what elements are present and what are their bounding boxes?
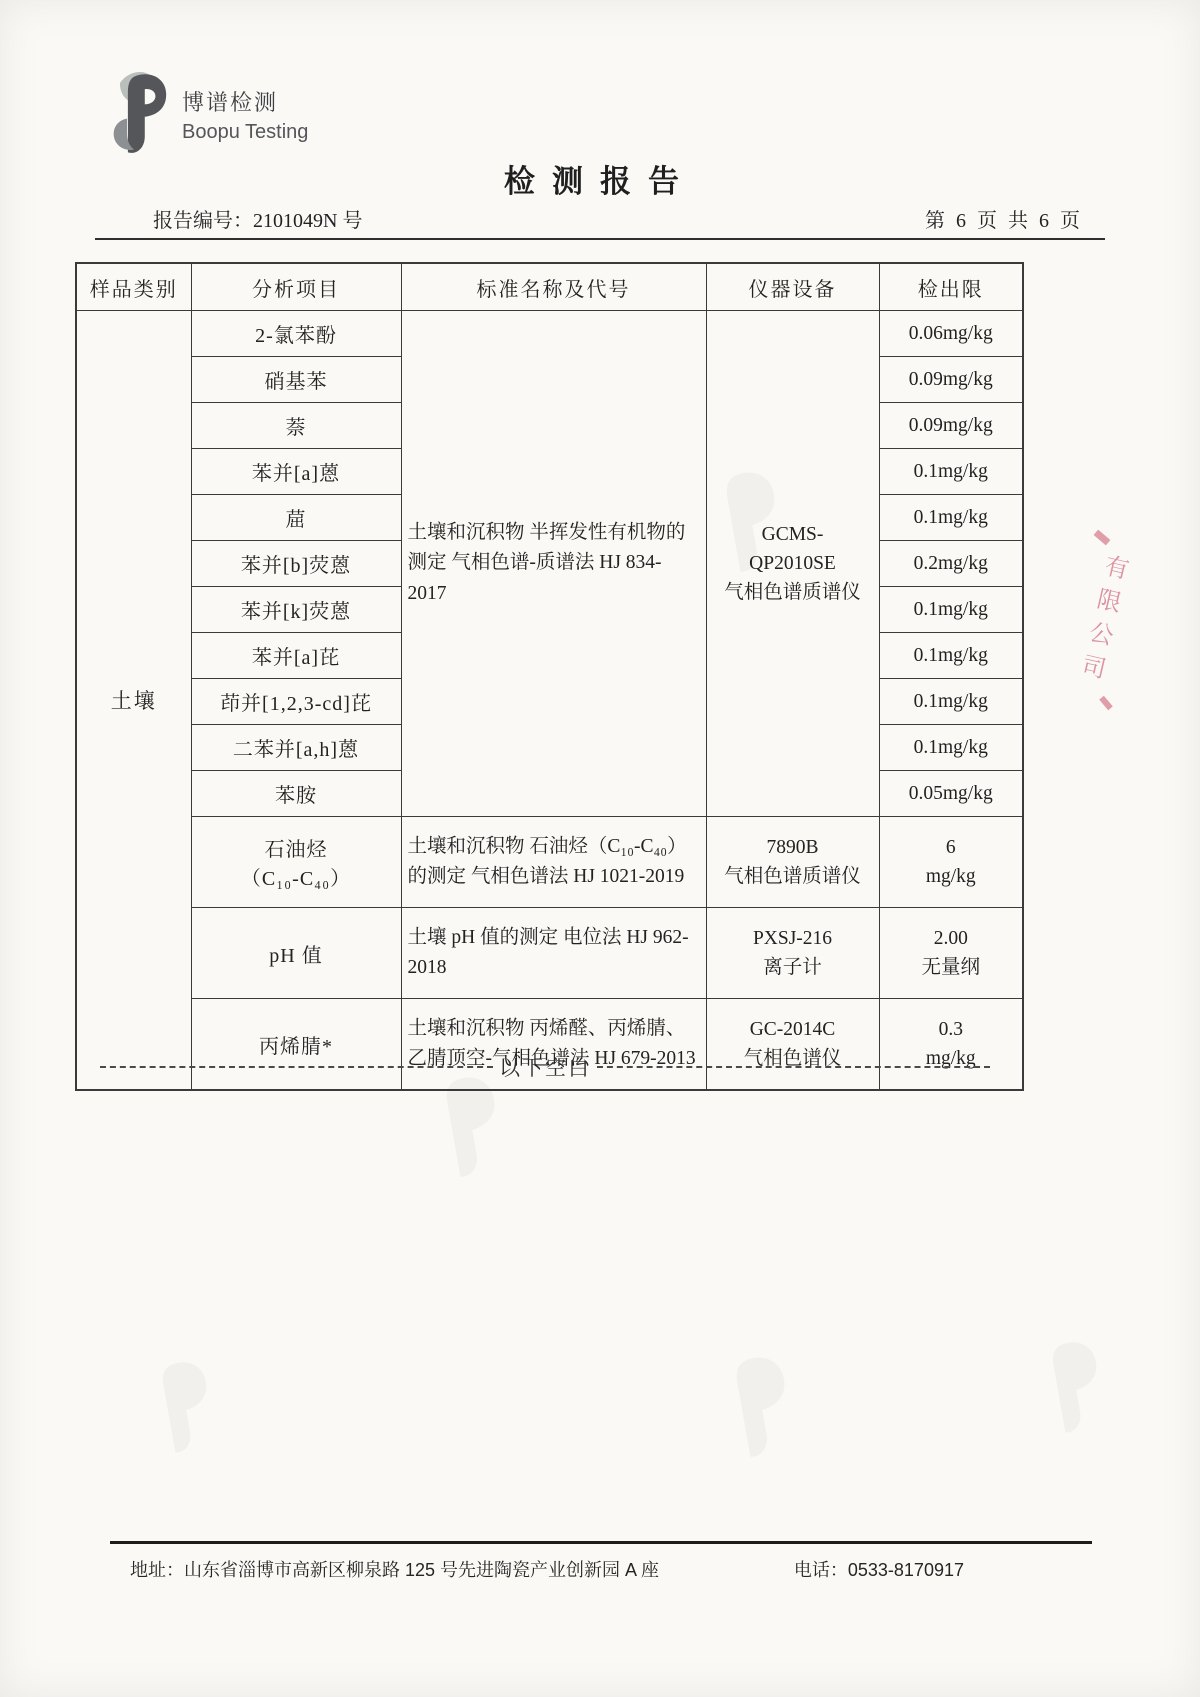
watermark-logo [691,1347,809,1473]
seal-mark [1094,530,1111,546]
footer-row: 地址：山东省淄博市高新区柳泉路 125 号先进陶瓷产业创新园 A 座 电话：05… [110,1556,1092,1582]
brand-name-cn: 博谱检测 [182,86,308,117]
cell-detection-limit: 0.1mg/kg [879,633,1023,679]
brand-name-en: Boopu Testing [182,121,308,144]
cell-detection-limit: 2.00无量纲 [879,908,1023,999]
cell-analysis-item: 苯并[a]芘 [191,633,401,679]
cell-analysis-item: 䓛 [191,495,401,541]
cell-analysis-item: 二苯并[a,h]蒽 [191,725,401,771]
cell-detection-limit: 0.09mg/kg [879,403,1023,449]
dash-left [100,1066,493,1068]
cell-analysis-item: 苯胺 [191,771,401,817]
table-row: 土壤2-氯苯酚土壤和沉积物 半挥发性有机物的测定 气相色谱-质谱法 HJ 834… [76,311,1023,357]
cell-analysis-item: 苯并[k]荧蒽 [191,587,401,633]
col-header-standard: 标准名称及代号 [401,263,706,311]
page-title: 检测报告 [504,164,696,199]
footer-rule [110,1541,1092,1544]
title-row: 检测报告 [95,156,1105,201]
report-number: 报告编号：2101049N 号 [95,204,362,233]
watermark-logo [122,1353,228,1467]
col-header-sample-category: 样品类别 [76,263,191,311]
footer-phone: 电话：0533-8170917 [794,1556,1092,1582]
brand-block: 博谱检测 Boopu Testing [182,86,308,144]
col-header-detection-limit: 检出限 [879,263,1023,311]
cell-instrument: GCMS-QP2010SE气相色谱质谱仪 [706,311,879,817]
table-row: 石油烃（C₁₀-C₄₀）土壤和沉积物 石油烃（C₁₀-C₄₀）的测定 气相色谱法… [76,817,1023,908]
report-page: 博谱检测 Boopu Testing 检测报告 报告编号：2101049N 号 … [0,0,1200,1697]
page-indicator: 第 6 页 共 6 页 [925,204,1105,233]
col-header-analysis-item: 分析项目 [191,263,401,311]
meta-row: 报告编号：2101049N 号 第 6 页 共 6 页 [95,204,1105,233]
cell-detection-limit: 0.1mg/kg [879,679,1023,725]
cell-analysis-item: 苯并[a]蒽 [191,449,401,495]
cell-detection-limit: 0.05mg/kg [879,771,1023,817]
cell-standard: 土壤和沉积物 石油烃（C₁₀-C₄₀）的测定 气相色谱法 HJ 1021-201… [401,817,706,908]
table-row: pH 值土壤 pH 值的测定 电位法 HJ 962-2018PXSJ-216离子… [76,908,1023,999]
cell-analysis-item: 萘 [191,403,401,449]
boopu-logo-icon [95,70,175,160]
dash-right [597,1066,990,1068]
cell-standard: 土壤和沉积物 半挥发性有机物的测定 气相色谱-质谱法 HJ 834-2017 [401,311,706,817]
blank-note-line: 以下空白 [100,1052,990,1082]
cell-instrument: PXSJ-216离子计 [706,908,879,999]
cell-analysis-item: pH 值 [191,908,401,999]
cell-detection-limit: 0.09mg/kg [879,357,1023,403]
header-rule [95,238,1105,240]
cell-sample-category: 土壤 [76,311,191,1091]
report-table-body: 土壤2-氯苯酚土壤和沉积物 半挥发性有机物的测定 气相色谱-质谱法 HJ 834… [76,311,1023,1091]
cell-detection-limit: 0.1mg/kg [879,587,1023,633]
cell-detection-limit: 0.2mg/kg [879,541,1023,587]
cell-detection-limit: 0.06mg/kg [879,311,1023,357]
cell-detection-limit: 0.1mg/kg [879,495,1023,541]
col-header-instrument: 仪器设备 [706,263,879,311]
watermark-logo [1012,1333,1118,1447]
cell-instrument: 7890B气相色谱质谱仪 [706,817,879,908]
seal-mark [1099,696,1113,711]
cell-detection-limit: 0.1mg/kg [879,449,1023,495]
seal-fragment: 有限公司 [1057,550,1134,743]
table-header-row: 样品类别 分析项目 标准名称及代号 仪器设备 检出限 [76,263,1023,311]
cell-detection-limit: 6mg/kg [879,817,1023,908]
report-table: 样品类别 分析项目 标准名称及代号 仪器设备 检出限 土壤2-氯苯酚土壤和沉积物… [75,262,1024,1091]
cell-detection-limit: 0.1mg/kg [879,725,1023,771]
cell-analysis-item: 苯并[b]荧蒽 [191,541,401,587]
cell-analysis-item: 硝基苯 [191,357,401,403]
footer-address: 地址：山东省淄博市高新区柳泉路 125 号先进陶瓷产业创新园 A 座 [110,1556,659,1582]
cell-analysis-item: 茚并[1,2,3-cd]芘 [191,679,401,725]
blank-note: 以下空白 [499,1052,591,1082]
cell-analysis-item: 2-氯苯酚 [191,311,401,357]
cell-analysis-item: 石油烃（C₁₀-C₄₀） [191,817,401,908]
cell-standard: 土壤 pH 值的测定 电位法 HJ 962-2018 [401,908,706,999]
